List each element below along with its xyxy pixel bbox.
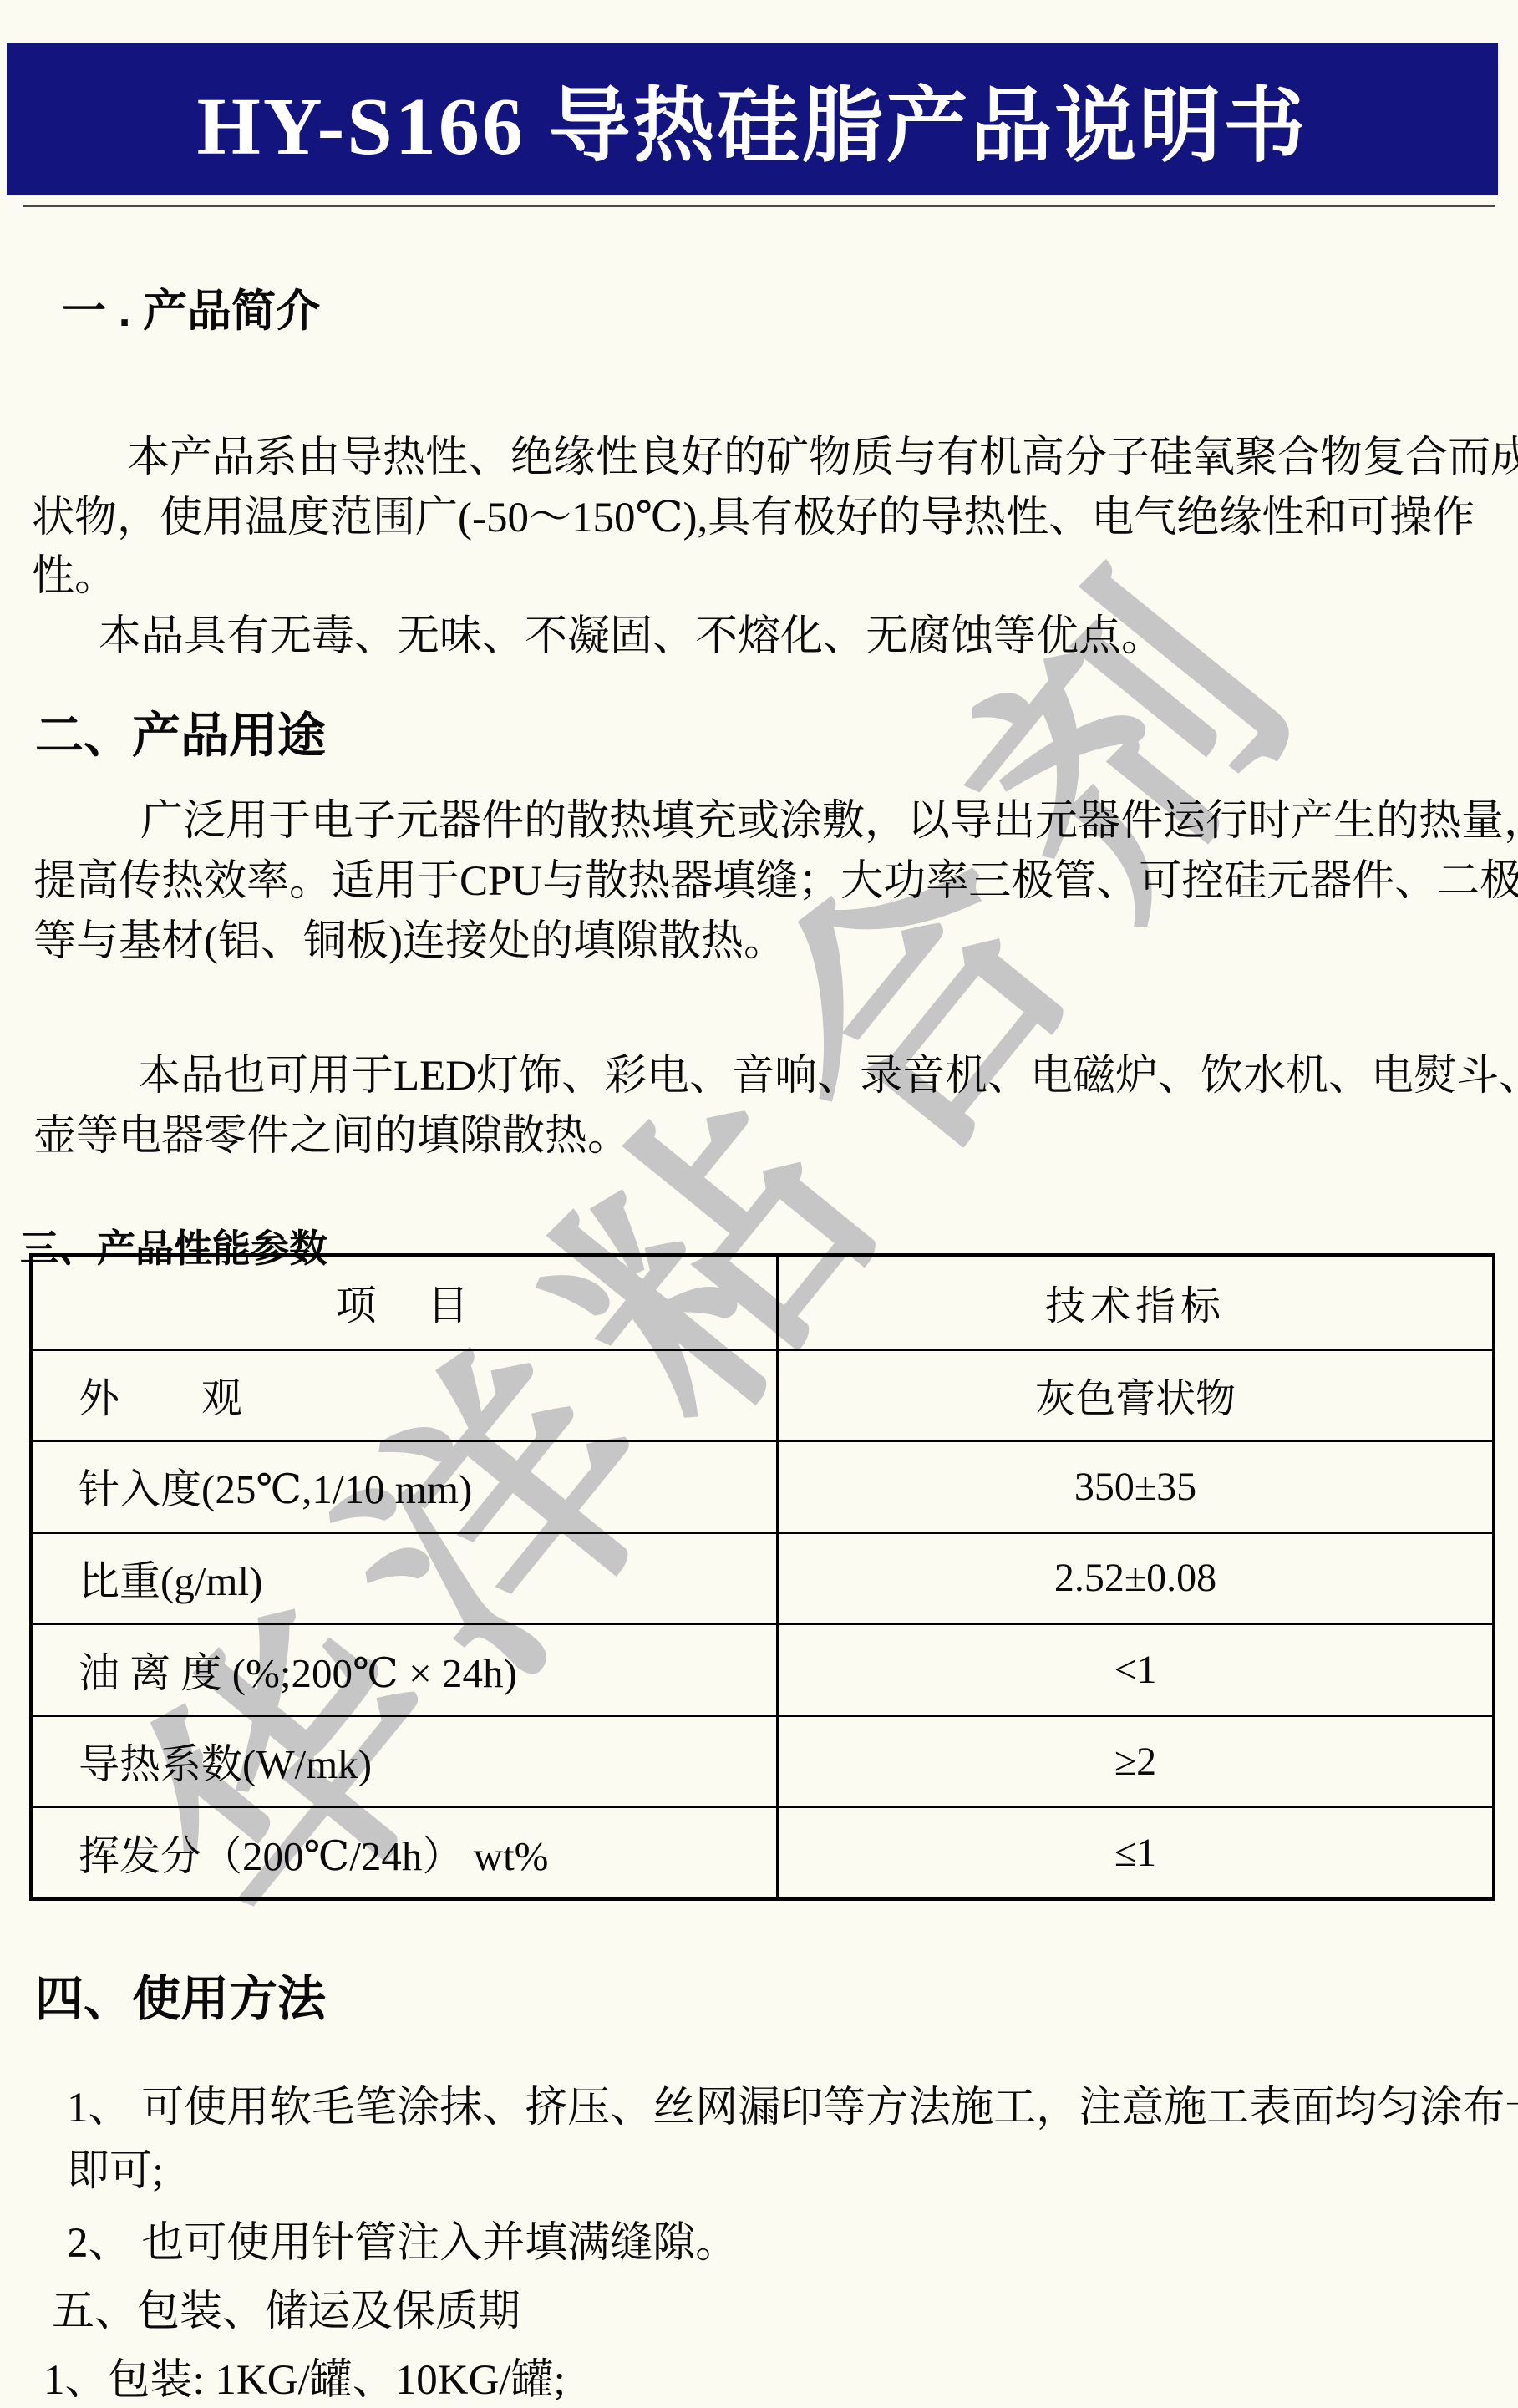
table-row-value: <1 bbox=[776, 1623, 1492, 1715]
section1-heading: 一 . 产品简介 bbox=[62, 276, 320, 339]
page-title: HY-S166 导热硅脂产品说明书 bbox=[197, 60, 1308, 178]
title-bar: HY-S166 导热硅脂产品说明书 bbox=[7, 43, 1498, 195]
section5-heading: 五、包装、储运及保质期 bbox=[52, 2276, 520, 2338]
table-row-item: 油 离 度 (%;200℃ × 24h) bbox=[33, 1623, 776, 1715]
section2-para2-line: 本品也可用于LED灯饰、彩电、音响、录音机、电磁炉、饮水机、电熨斗、咖啡 bbox=[138, 1040, 1518, 1102]
performance-table: 项 目 技术指标 外 观 灰色膏状物 针入度(25℃,1/10 mm) 350±… bbox=[29, 1253, 1495, 1901]
section1-line: 本品具有无毒、无味、不凝固、不熔化、无腐蚀等优点。 bbox=[99, 601, 1164, 663]
table-row-item: 导热系数(W/mk) bbox=[33, 1715, 776, 1806]
table-row-value: ≤1 bbox=[776, 1806, 1492, 1897]
section2-para1-line: 提高传热效率。适用于CPU与散热器填缝；大功率三极管、可控硅元器件、二极管 bbox=[33, 846, 1518, 907]
product-spec-document: 华洋粘合剂 HY-S166 导热硅脂产品说明书 一 . 产品简介 本产品系由导热… bbox=[0, 0, 1518, 2408]
table-row-item: 挥发分（200℃/24h） wt% bbox=[33, 1806, 776, 1897]
section2-para1-line: 等与基材(铝、铜板)连接处的填隙散热。 bbox=[33, 906, 786, 968]
section2-para1-line: 广泛用于电子元器件的散热填充或涂敷，以导出元器件运行时产生的热量，大幅 bbox=[140, 785, 1518, 847]
table-row-value: 350±35 bbox=[776, 1440, 1492, 1532]
table-row-value: ≥2 bbox=[776, 1715, 1492, 1806]
section5-line: 1、包装: 1KG/罐、10KG/罐; bbox=[43, 2344, 566, 2406]
table-header-spec: 技术指标 bbox=[776, 1257, 1492, 1349]
section4-heading: 四、使用方法 bbox=[35, 1959, 326, 2030]
section4-line: 即可; bbox=[67, 2136, 164, 2197]
table-row-item: 外 观 bbox=[33, 1349, 776, 1440]
section4-line: 2、 也可使用针管注入并填满缝隙。 bbox=[67, 2207, 738, 2269]
section2-para2-line: 壶等电器零件之间的填隙散热。 bbox=[33, 1100, 630, 1162]
table-row-item: 针入度(25℃,1/10 mm) bbox=[33, 1440, 776, 1532]
section1-line: 本产品系由导热性、绝缘性良好的矿物质与有机高分子硅氧聚合物复合而成的膏 bbox=[127, 422, 1518, 484]
title-bar-underline bbox=[23, 205, 1495, 207]
table-row-item: 比重(g/ml) bbox=[33, 1532, 776, 1623]
table-row-value: 2.52±0.08 bbox=[776, 1532, 1492, 1623]
section1-line: 状物，使用温度范围广(-50～150℃),具有极好的导热性、电气绝缘性和可操作 bbox=[32, 482, 1475, 544]
section1-line: 性。 bbox=[32, 541, 117, 602]
section2-heading: 二、产品用途 bbox=[35, 696, 326, 766]
table-header-item: 项 目 bbox=[33, 1257, 776, 1349]
section4-line: 1、 可使用软毛笔涂抹、挤压、丝网漏印等方法施工，注意施工表面均匀涂布一薄层 bbox=[67, 2072, 1518, 2134]
table-row-value: 灰色膏状物 bbox=[776, 1349, 1492, 1440]
